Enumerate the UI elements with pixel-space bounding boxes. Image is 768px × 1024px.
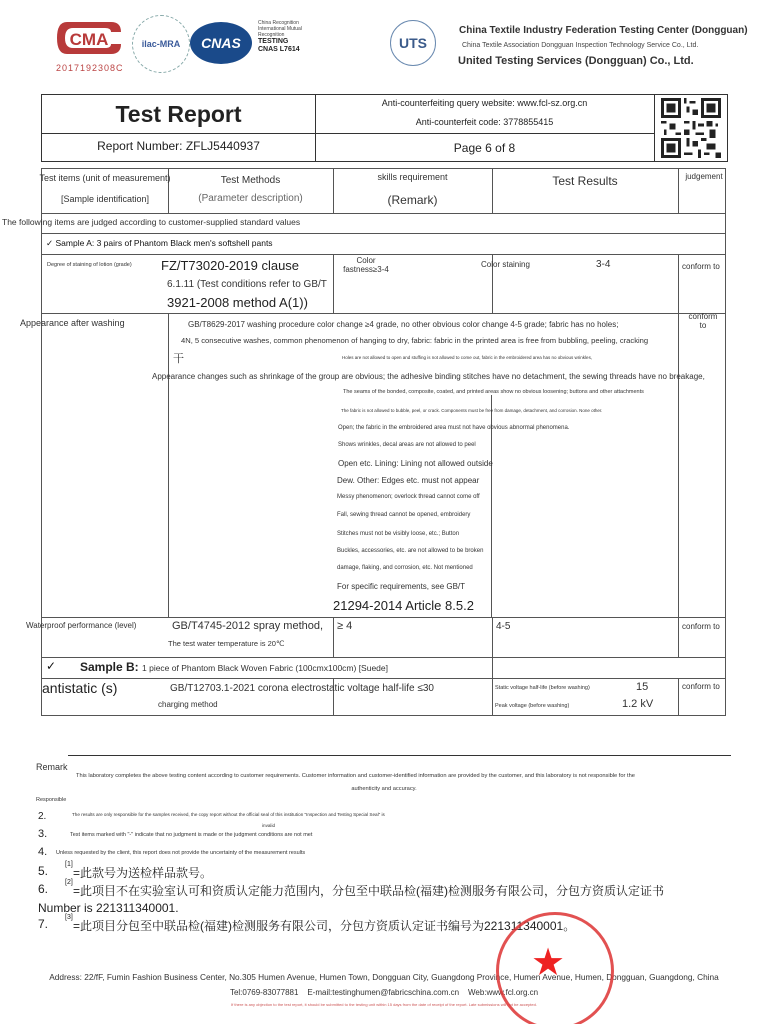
row2-line-12: Messy phenomenon; overlock thread cannot…	[337, 494, 480, 500]
cnas-accreditation-text: China Recognition International Mutual R…	[258, 20, 318, 54]
standard-values-note: The following items are judged according…	[2, 217, 300, 227]
remark-sup-6: [2]	[65, 879, 73, 886]
remark-text-4: Unless requested by the client, this rep…	[56, 850, 305, 856]
row-divider	[41, 657, 726, 658]
col-header-requirement: skills requirement	[333, 172, 492, 182]
row-divider	[41, 617, 726, 618]
table-border-bottom	[41, 715, 726, 716]
col-divider	[678, 313, 679, 617]
col-header-judgement: judgement	[680, 172, 728, 181]
row2-item: Appearance after washing	[20, 318, 125, 328]
row4-result-value-2: 1.2 kV	[622, 698, 653, 710]
seal-star-icon: ★	[531, 940, 565, 985]
ilac-mra-logo: ilac-MRA	[132, 15, 190, 73]
col-header-methods-sub: (Parameter description)	[168, 193, 333, 204]
remark-num-7: 7.	[38, 917, 48, 931]
row4-judgement: conform to	[682, 682, 720, 691]
row2-line-2: 4N, 5 consecutive washes, common phenome…	[181, 336, 648, 345]
remark-num-2: 2.	[38, 811, 46, 822]
table-border-left	[41, 168, 42, 715]
row-divider	[41, 678, 726, 679]
row1-requirement: Color fastness≥3-4	[340, 256, 392, 274]
sample-b-label: Sample B:	[80, 660, 139, 674]
row1-result-value: 3-4	[596, 259, 610, 270]
row2-line-18: 21294-2014 Article 8.5.2	[333, 598, 474, 613]
footer-contact: Tel:0769-83077881 E-mail:testinghumen@fa…	[0, 988, 768, 997]
cnas-logo: CNAS	[190, 22, 252, 64]
col-divider	[678, 617, 679, 657]
remark-intro-2: authenticity and accuracy.	[0, 786, 768, 792]
col-divider	[678, 254, 679, 313]
report-header: Test Report Report Number: ZFLJ5440937 A…	[41, 94, 728, 162]
row2-judgement: conform to	[686, 312, 720, 330]
qr-code-icon[interactable]	[660, 98, 722, 158]
table-divider	[41, 213, 726, 214]
col-header-results: Test Results	[492, 174, 678, 188]
remark-text-7: =此项目分包至中联品检(福建)检测服务有限公司，分包方资质认定证书编号为2213…	[73, 917, 575, 934]
svg-text:CMA: CMA	[70, 30, 109, 49]
table-border-top	[41, 168, 726, 169]
row2-line-5: Appearance changes such as shrinkage of …	[152, 372, 705, 381]
row2-line-15: Buckles, accessories, etc. are not allow…	[337, 548, 483, 554]
remark-text-6b: Number is 221311340001.	[38, 901, 179, 915]
col-divider	[333, 254, 334, 313]
row2-line-4: Holes are not allowed to open and stuffi…	[342, 355, 592, 360]
row2-line-3: 干	[173, 350, 184, 366]
page-indicator: Page 6 of 8	[315, 141, 654, 155]
remark-responsible: Responsible	[36, 797, 66, 803]
row1-item: Degree of staining of lotion (grade)	[47, 262, 132, 268]
row2-line-8: Open; the fabric in the embroidered area…	[338, 425, 569, 431]
row2-line-6: The seams of the bonded, composite, coat…	[343, 389, 644, 395]
org-name-3: United Testing Services (Dongguan) Co., …	[458, 55, 694, 67]
row2-line-16: damage, flaking, and corrosion, etc. Not…	[337, 565, 473, 571]
row-divider	[41, 313, 726, 314]
row1-method-1: FZ/T73020-2019 clause	[161, 258, 299, 273]
row3-result: 4-5	[496, 621, 510, 632]
anti-counterfeit-code: Anti-counterfeit code: 3778855415	[315, 117, 654, 127]
org-name-2: China Textile Association Dongguan Inspe…	[462, 42, 698, 49]
row1-method-3: 3921-2008 method A(1))	[167, 295, 308, 310]
remark-sup-7: [3]	[65, 914, 73, 921]
uts-logo: UTS	[390, 20, 436, 66]
row-divider	[41, 233, 726, 234]
remark-intro: This laboratory completes the above test…	[76, 773, 635, 779]
row2-line-17: For specific requirements, see GB/T	[337, 582, 465, 591]
row3-method-1: GB/T4745-2012 spray method,	[172, 620, 323, 632]
sample-b-desc: 1 piece of Phantom Black Woven Fabric (1…	[142, 663, 388, 673]
remark-title: Remark	[36, 762, 68, 772]
remark-text-5: =此款号为送检样品款号。	[73, 864, 212, 881]
col-header-items-sub: [Sample identification]	[36, 194, 174, 204]
table-border-right	[725, 168, 726, 715]
remark-num-3: 3.	[38, 828, 47, 840]
row4-result-label-2: Peak voltage (before washing)	[495, 703, 569, 709]
cnas-testing: TESTING	[258, 38, 318, 46]
row3-method-2: The test water temperature is 20℃	[168, 639, 284, 648]
cma-number: 2017192308C	[56, 63, 124, 73]
row1-method-2: 6.1.11 (Test conditions refer to GB/T	[167, 279, 327, 290]
col-header-methods: Test Methods	[168, 175, 333, 186]
row4-method-1: GB/T12703.1-2021 corona electrostatic vo…	[170, 683, 434, 694]
footer-address: Address: 22/fF, Fumin Fashion Business C…	[0, 972, 768, 982]
org-name-1: China Textile Industry Federation Testin…	[459, 25, 748, 36]
row-divider	[41, 254, 726, 255]
col-divider	[168, 313, 169, 617]
remark-num-4: 4.	[38, 846, 47, 858]
row2-line-1: GB/T8629-2017 washing procedure color ch…	[188, 320, 618, 329]
row1-judgement: conform to	[682, 262, 720, 271]
row3-item: Waterproof performance (level)	[26, 621, 136, 630]
col-header-requirement-sub: (Remark)	[333, 193, 492, 207]
remark-text-2b: invalid	[262, 823, 275, 828]
remark-num-6: 6.	[38, 882, 48, 896]
row2-line-10: Open etc. Lining: Lining not allowed out…	[338, 459, 493, 468]
row2-line-7: The fabric is not allowed to bubble, pee…	[341, 408, 602, 413]
row2-line-9: Shows wrinkles, decal areas are not allo…	[338, 442, 476, 448]
cnas-code: CNAS L7614	[258, 46, 318, 54]
row4-item: antistatic (s)	[42, 680, 117, 696]
sample-a-label: ✓ Sample A: 3 pairs of Phantom Black men…	[46, 238, 273, 249]
remark-text-2: The results are only responsible for the…	[72, 812, 385, 817]
footer-notice: If there is any objection to the test re…	[0, 1002, 768, 1007]
remark-text-6: =此项目不在实验室认可和资质认定能力范围内，分包至中联品检(福建)检测服务有限公…	[73, 882, 664, 899]
row4-method-2: charging method	[158, 700, 218, 709]
col-header-items: Test items (unit of measurement)	[36, 173, 174, 183]
row4-result-label-1: Static voltage half-life (before washing…	[495, 685, 590, 691]
col-divider	[678, 678, 679, 715]
remark-text-3: Test items marked with "-" indicate that…	[70, 832, 312, 838]
remark-sup-5: [1]	[65, 861, 73, 868]
cma-logo: CMA	[55, 18, 123, 58]
row3-requirement: ≥ 4	[337, 620, 352, 632]
sample-b-check-icon: ✓	[46, 659, 56, 673]
row2-line-11: Dew. Other: Edges etc. must not appear	[337, 476, 479, 485]
remark-divider	[68, 755, 731, 756]
col-divider	[678, 168, 679, 214]
report-title: Test Report	[42, 101, 315, 128]
col-divider	[492, 617, 493, 715]
row2-line-14: Stitches must not be visibly loose, etc.…	[337, 531, 459, 537]
row3-judgement: conform to	[682, 622, 720, 631]
row1-result-label: Color staining	[481, 260, 530, 269]
row2-line-13: Fall, sewing thread cannot be opened, em…	[337, 512, 470, 518]
row4-result-value-1: 15	[636, 681, 648, 693]
report-number: Report Number: ZFLJ5440937	[42, 139, 315, 153]
anti-counterfeit-website: Anti-counterfeiting query website: www.f…	[315, 98, 654, 108]
remark-num-5: 5.	[38, 864, 48, 878]
col-divider	[333, 617, 334, 657]
